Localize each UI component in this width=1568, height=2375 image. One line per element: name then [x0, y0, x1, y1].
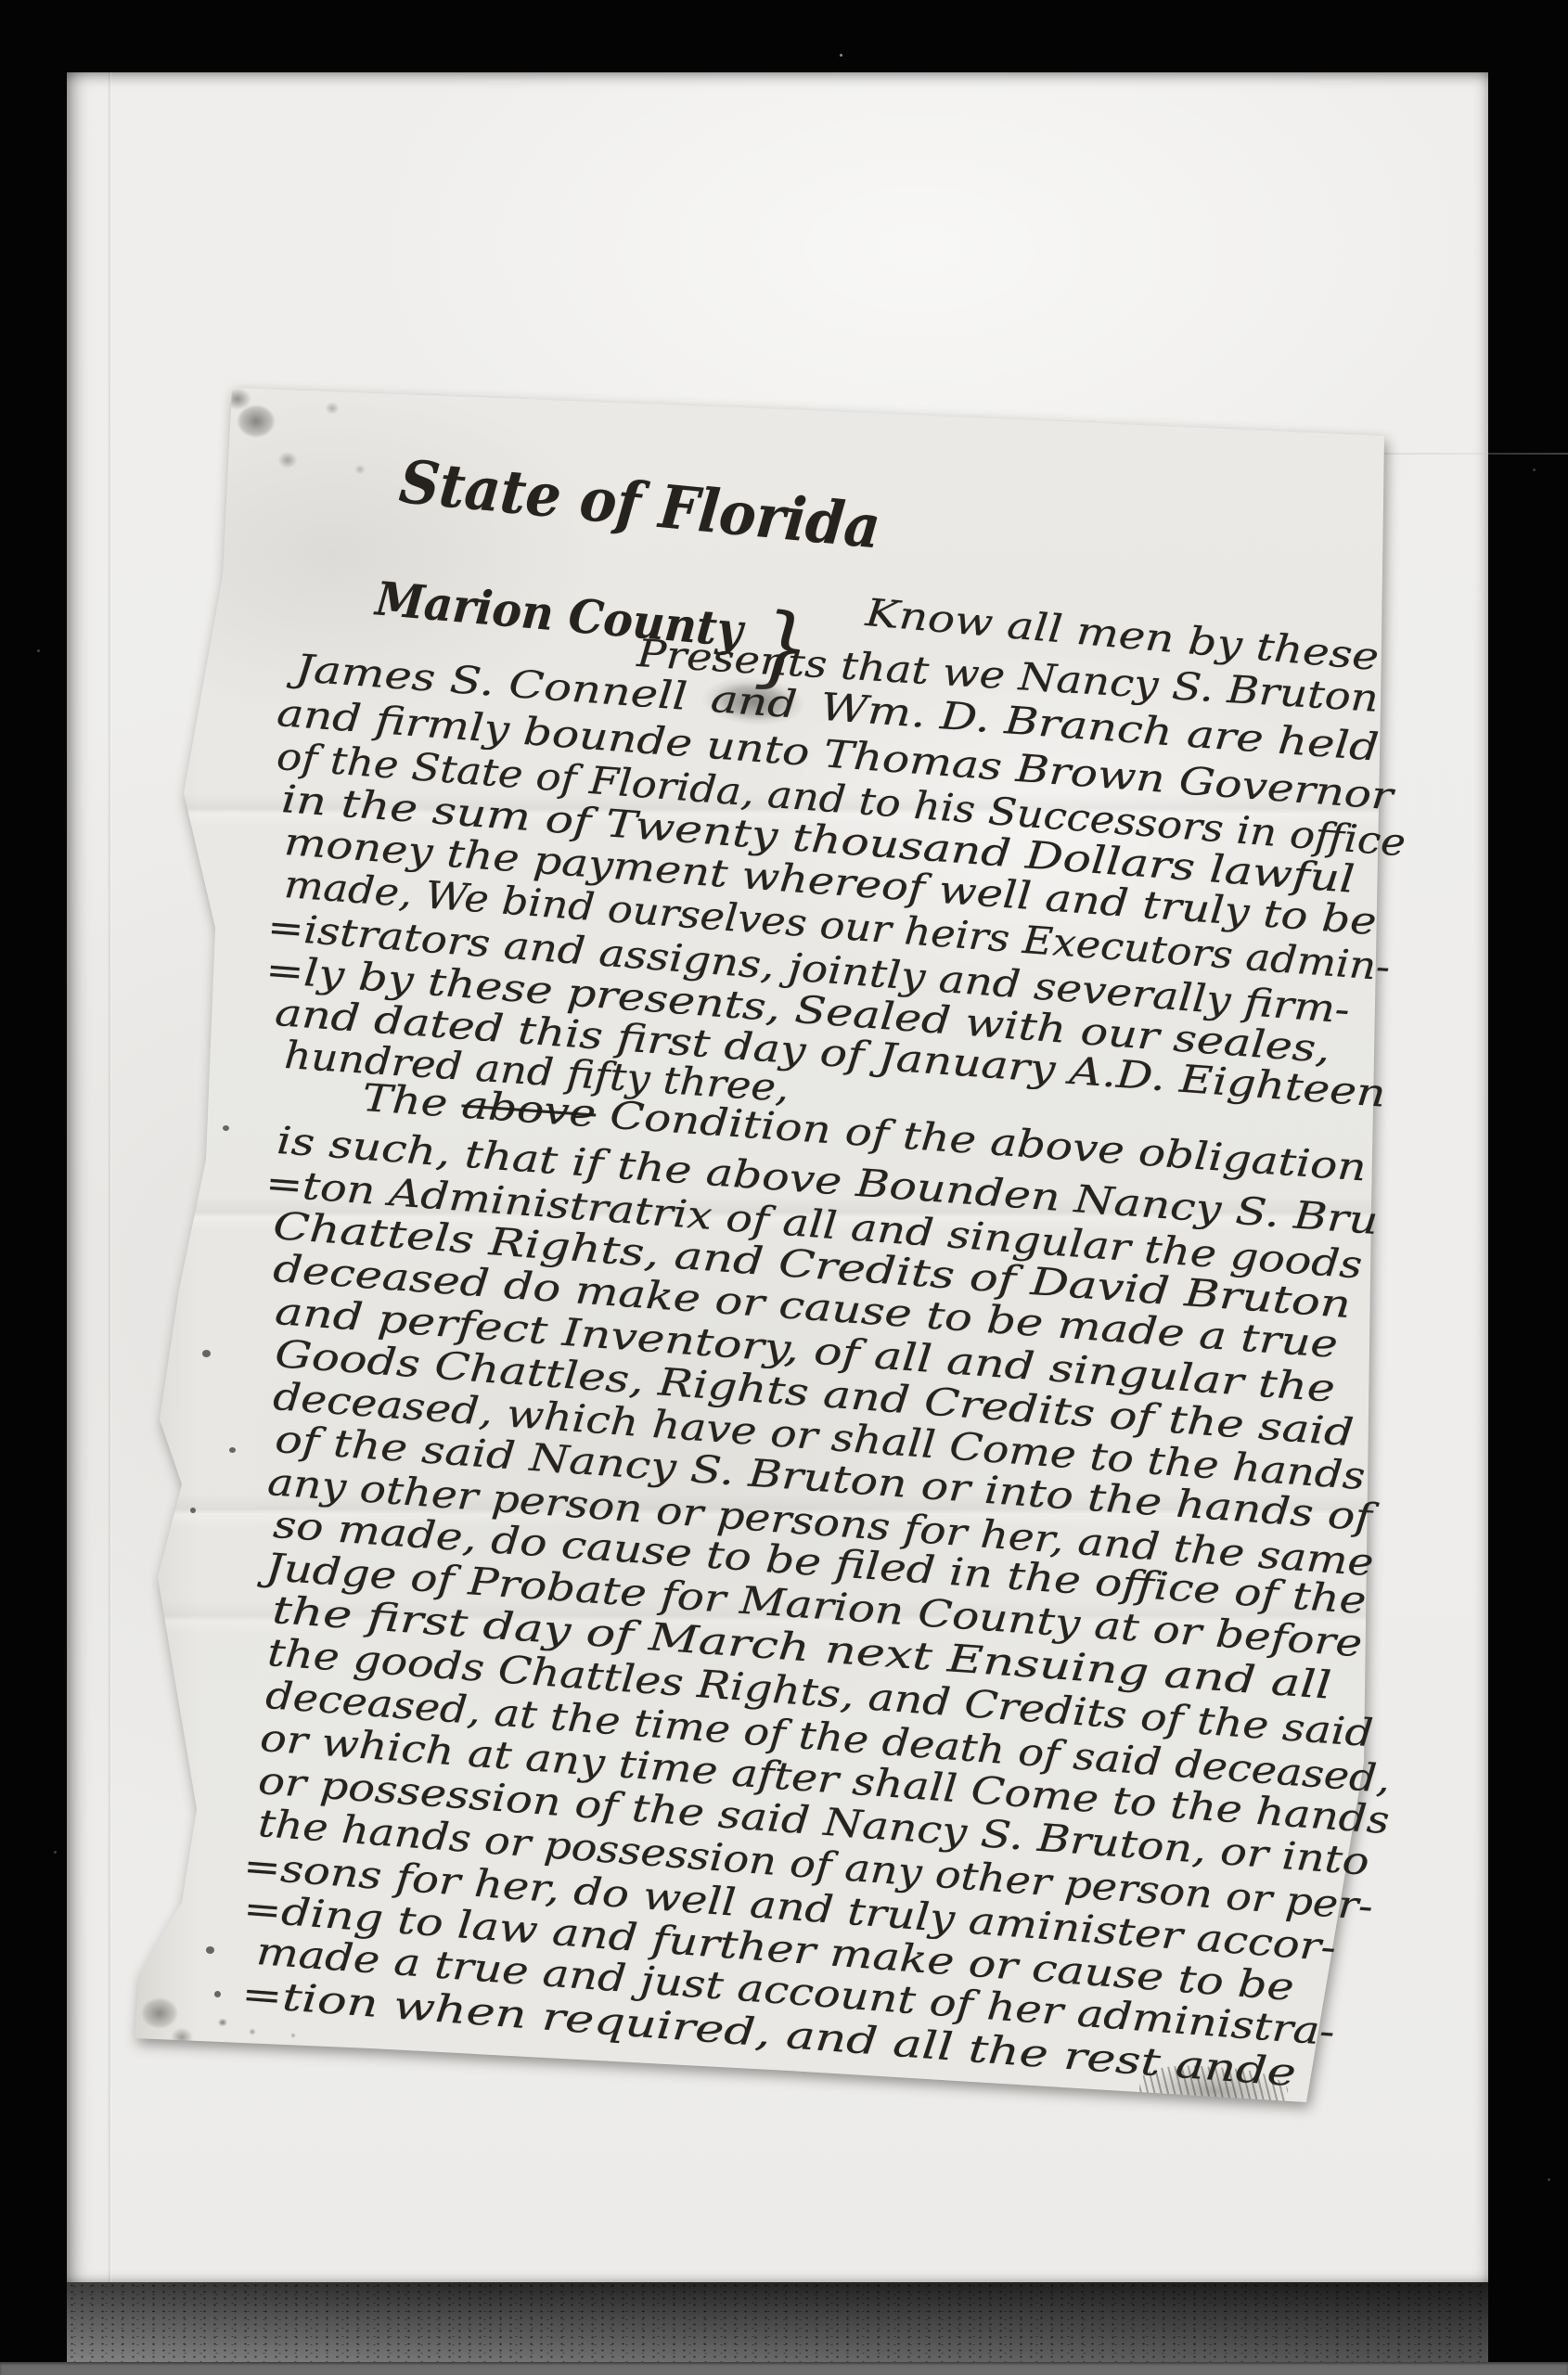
- struck-word: above: [460, 1082, 598, 1136]
- scanner-shadow-strip: [67, 2282, 1488, 2364]
- scan-background: State of FloridaMarion County }Know all …: [0, 0, 1568, 2375]
- manuscript-text: The: [361, 1075, 463, 1126]
- manuscript-line: State of Florida: [397, 453, 883, 558]
- manuscript-text: State of Florida: [396, 447, 883, 562]
- blotted-word: and: [700, 674, 808, 729]
- manuscript-text-layer: State of FloridaMarion County }Know all …: [0, 0, 1568, 2375]
- scanner-edge-band: [0, 2362, 1568, 2375]
